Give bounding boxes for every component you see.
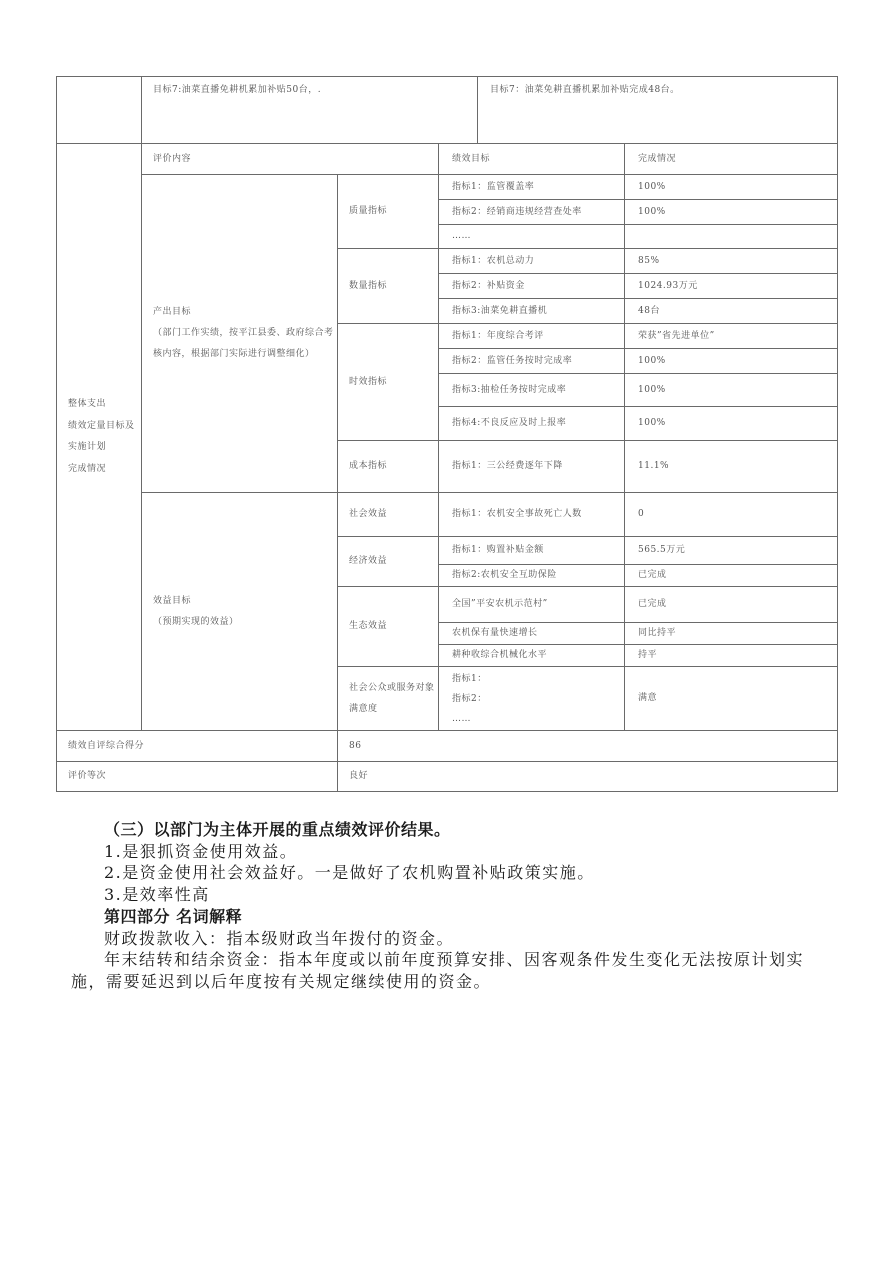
target-text: 指标2：补贴资金	[452, 276, 614, 297]
goal-7-target-cell: 目标7:油菜直播免耕机累加补贴50台，.	[142, 77, 478, 144]
category-label: 时效指标	[349, 372, 428, 393]
table-row-status: 满意	[625, 667, 838, 731]
table-row-status: 0	[625, 493, 838, 537]
table-row-status: 100%	[625, 407, 838, 441]
table-row-target: 指标1：农机总动力	[439, 249, 625, 274]
table-row-status	[625, 225, 838, 249]
table-row-status: 已完成	[625, 587, 838, 623]
table-row-target: 全国”平安农机示范村”	[439, 587, 625, 623]
status-text: 满意	[638, 688, 827, 709]
target-text: 指标1：购置补贴金额	[452, 540, 614, 561]
table-row-status: 100%	[625, 200, 838, 225]
definition-paragraph: 财政拨款收入：指本级财政当年拨付的资金。	[71, 928, 838, 950]
status-text: 已完成	[638, 565, 827, 586]
category-label: 质量指标	[349, 201, 428, 222]
status-text: 1024.93万元	[638, 276, 827, 297]
target-text: 指标1：农机安全事故死亡人数	[452, 504, 614, 525]
status-text: 同比持平	[638, 623, 827, 644]
table-row-target: 指标2：补贴资金	[439, 274, 625, 299]
part-heading: 第四部分 名词解释	[71, 906, 838, 928]
header-label: 完成情况	[638, 149, 827, 170]
definition-paragraph: 年末结转和结余资金：指本年度或以前年度预算安排、因客观条件发生变化无法按原计划实…	[71, 949, 838, 992]
category-satisfaction: 社会公众或服务对象 满意度	[338, 667, 439, 731]
table-row-status: 565.5万元	[625, 537, 838, 565]
table-row-status: 持平	[625, 645, 838, 667]
target-text: 耕种收综合机械化水平	[452, 645, 614, 666]
target-text: 指标1：年度综合考评	[452, 326, 614, 347]
table-row-status: 同比持平	[625, 623, 838, 645]
grade-label-text: 评价等次	[68, 766, 327, 787]
section-label-line: 实施计划	[68, 437, 131, 459]
group-output-targets: 产出目标 （部门工作实绩，按平江县委、政府综合考 核内容，根据部门实际进行调整细…	[142, 175, 338, 493]
evaluation-grade-label: 评价等次	[57, 762, 338, 792]
category-label: 社会效益	[349, 504, 428, 525]
header-completion-status: 完成情况	[625, 144, 838, 175]
table-row-target: 指标4:不良反应及时上报率	[439, 407, 625, 441]
result-item: 1.是狠抓资金使用效益。	[71, 841, 838, 863]
status-text: 100%	[638, 351, 827, 372]
category-social-benefit: 社会效益	[338, 493, 439, 537]
table-row-target: 指标3:油菜免耕直播机	[439, 299, 625, 324]
target-text: 指标1：	[452, 669, 614, 689]
target-text: 指标2:农机安全互助保险	[452, 565, 614, 586]
status-text: 85%	[638, 251, 827, 272]
status-text: 565.5万元	[638, 540, 827, 561]
score-label-text: 绩效自评综合得分	[68, 736, 327, 757]
table-row-status: 48台	[625, 299, 838, 324]
table-row-status: 85%	[625, 249, 838, 274]
status-text: 100%	[638, 202, 827, 223]
table-row-target: 指标1：监管覆盖率	[439, 175, 625, 200]
table-row-status: 100%	[625, 175, 838, 200]
target-text: ……	[452, 709, 614, 729]
status-text: 100%	[638, 177, 827, 198]
status-text: 持平	[638, 645, 827, 666]
table-row-target: 指标1： 指标2： ……	[439, 667, 625, 731]
status-text: 48台	[638, 301, 827, 322]
performance-evaluation-table: 目标7:油菜直播免耕机累加补贴50台，. 目标7：油菜免耕直播机累加补贴完成48…	[56, 76, 838, 792]
table-row-target: ……	[439, 225, 625, 249]
table-row-target: 指标1：农机安全事故死亡人数	[439, 493, 625, 537]
category-label: 成本指标	[349, 456, 428, 477]
table-row-target: 耕种收综合机械化水平	[439, 645, 625, 667]
self-evaluation-score-label: 绩效自评综合得分	[57, 731, 338, 762]
table-row-status: 100%	[625, 349, 838, 374]
category-cost: 成本指标	[338, 441, 439, 493]
grade-value-text: 良好	[349, 766, 827, 787]
target-text: 指标3:抽检任务按时完成率	[452, 380, 614, 401]
category-timeliness: 时效指标	[338, 324, 439, 441]
header-label: 评价内容	[153, 149, 428, 170]
header-label: 绩效目标	[452, 149, 614, 170]
category-label: 经济效益	[349, 551, 428, 572]
header-evaluation-content: 评价内容	[142, 144, 439, 175]
table-row-status: 11.1%	[625, 441, 838, 493]
section-label-line: 完成情况	[68, 459, 131, 481]
table-row-target: 农机保有量快速增长	[439, 623, 625, 645]
group-note: （预期实现的效益）	[153, 612, 327, 633]
target-text: 指标2：	[452, 689, 614, 709]
target-text: 指标2：经销商违规经营查处率	[452, 202, 614, 223]
category-label: 满意度	[349, 699, 436, 720]
category-economic-benefit: 经济效益	[338, 537, 439, 587]
group-note: 核内容，根据部门实际进行调整细化）	[153, 344, 327, 365]
status-text: 11.1%	[638, 456, 827, 477]
group-title: 产出目标	[153, 302, 327, 323]
status-text: 100%	[638, 380, 827, 401]
status-text: 0	[638, 504, 827, 525]
category-label: 数量指标	[349, 276, 428, 297]
goal-7-result-text: 目标7：油菜免耕直播机累加补贴完成48台。	[490, 80, 827, 101]
target-text: 指标1：监管覆盖率	[452, 177, 614, 198]
table-row-target: 指标1：三公经费逐年下降	[439, 441, 625, 493]
table-row-status: 已完成	[625, 565, 838, 587]
goal-7-target-text: 目标7:油菜直播免耕机累加补贴50台，.	[153, 80, 467, 101]
section-heading: （三）以部门为主体开展的重点绩效评价结果。	[71, 819, 838, 841]
score-value-text: 86	[349, 736, 827, 757]
self-evaluation-score-value: 86	[338, 731, 838, 762]
category-quality: 质量指标	[338, 175, 439, 249]
group-note: （部门工作实绩，按平江县委、政府综合考	[153, 323, 327, 344]
target-text: 指标1：农机总动力	[452, 251, 614, 272]
target-text: 农机保有量快速增长	[452, 623, 614, 644]
evaluation-grade-value: 良好	[338, 762, 838, 792]
target-text: 全国”平安农机示范村”	[452, 594, 614, 615]
target-text: 指标2：监管任务按时完成率	[452, 351, 614, 372]
category-label: 生态效益	[349, 616, 428, 637]
table-row-target: 指标2:农机安全互助保险	[439, 565, 625, 587]
target-text: 指标4:不良反应及时上报率	[452, 413, 614, 434]
status-text: 100%	[638, 413, 827, 434]
table-row-target: 指标1：年度综合考评	[439, 324, 625, 349]
section-label-line: 整体支出	[68, 394, 131, 416]
section-label-line: 绩效定量目标及	[68, 416, 131, 438]
status-text: 已完成	[638, 594, 827, 615]
category-quantity: 数量指标	[338, 249, 439, 324]
result-item: 2.是资金使用社会效益好。一是做好了农机购置补贴政策实施。	[71, 862, 838, 884]
table-row-target: 指标2：监管任务按时完成率	[439, 349, 625, 374]
category-ecological-benefit: 生态效益	[338, 587, 439, 667]
header-performance-target: 绩效目标	[439, 144, 625, 175]
target-text: 指标3:油菜免耕直播机	[452, 301, 614, 322]
table-row-target: 指标2：经销商违规经营查处率	[439, 200, 625, 225]
section-label-cell: 整体支出 绩效定量目标及 实施计划 完成情况	[57, 144, 142, 731]
target-text: ……	[452, 226, 614, 247]
goal-7-result-cell: 目标7：油菜免耕直播机累加补贴完成48台。	[478, 77, 838, 144]
group-benefit-targets: 效益目标 （预期实现的效益）	[142, 493, 338, 731]
result-item: 3.是效率性高	[71, 884, 838, 906]
table-row-target: 指标3:抽检任务按时完成率	[439, 374, 625, 407]
status-text: 荣获”省先进单位”	[638, 326, 827, 347]
category-label: 社会公众或服务对象	[349, 678, 436, 699]
table-row-target: 指标1：购置补贴金额	[439, 537, 625, 565]
top-row-empty-cell	[57, 77, 142, 144]
table-row-status: 荣获”省先进单位”	[625, 324, 838, 349]
target-text: 指标1：三公经费逐年下降	[452, 456, 614, 477]
table-row-status: 1024.93万元	[625, 274, 838, 299]
document-body-text: （三）以部门为主体开展的重点绩效评价结果。 1.是狠抓资金使用效益。 2.是资金…	[71, 819, 838, 993]
group-title: 效益目标	[153, 591, 327, 612]
table-row-status: 100%	[625, 374, 838, 407]
